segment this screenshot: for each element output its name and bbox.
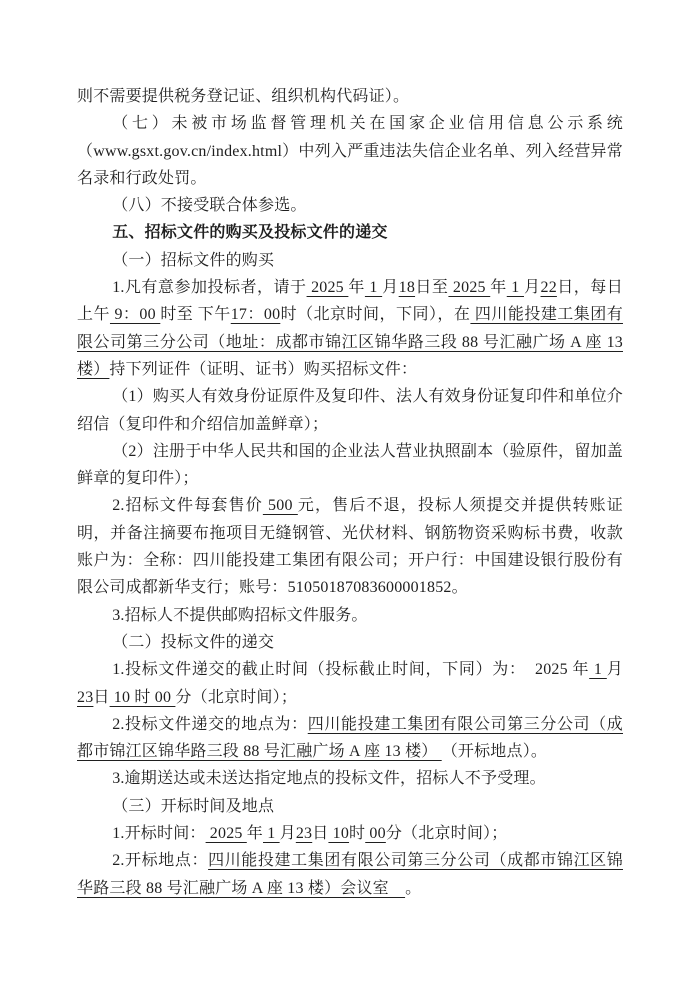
underlined-text: 2025 <box>307 279 349 296</box>
text-run: （www.gsxt.gov.cn/index.html） <box>77 143 298 160</box>
text-run: 2.投标文件递交的地点为： <box>112 716 308 733</box>
underlined-text: 10 时 00 <box>110 689 176 706</box>
text-run: 分（北京时间）； <box>386 825 508 842</box>
text-run: （1）购买人有效身份证原件及复印件、法人有效身份证复印件和单位介绍信（复印件和介… <box>77 388 623 432</box>
text-run: 3.招标人不提供邮购招标文件服务。 <box>112 607 367 624</box>
text-run: 1.凡有意参加投标者，请于 <box>112 279 306 296</box>
paragraph: （三）开标时间及地点 <box>77 793 623 820</box>
underlined-text: 1 <box>365 279 382 296</box>
paragraph: 3.逾期送达或未送达指定地点的投标文件，招标人不予受理。 <box>77 765 623 792</box>
underlined-text: 00 <box>365 825 386 842</box>
text-run: 月 <box>607 661 623 678</box>
paragraph: （2）注册于中华人民共和国的企业法人营业执照副本（验原件，留加盖鲜章的复印件）； <box>77 438 623 493</box>
text-run: 月 <box>280 825 296 842</box>
paragraph: （一）招标文件的购买 <box>77 247 623 274</box>
text-run: 年 <box>348 279 365 296</box>
paragraph: （二）投标文件的递交 <box>77 629 623 656</box>
paragraph: 2.招标文件每套售价 500 元，售后不退，投标人须提交并提供转账证明，并备注摘… <box>77 492 623 601</box>
text-run: 月 <box>382 279 399 296</box>
document-body: 则不需要提供税务登记证、组织机构代码证）。（七）未被市场监督管理机关在国家企业信… <box>77 83 623 902</box>
paragraph: 2.开标地点：四川能投建工集团有限公司第三分公司（成都市锦江区锦华路三段 88 … <box>77 847 623 902</box>
underlined-text: 2025 <box>206 825 247 842</box>
underlined-text: 17：00 <box>231 306 281 323</box>
text-run: 1.开标时间： <box>112 825 205 842</box>
text-run: （二）投标文件的递交 <box>112 634 274 651</box>
underlined-text: 1 <box>263 825 280 842</box>
text-run: 则不需要提供税务登记证、组织机构代码证）。 <box>77 88 409 105</box>
text-run: 2.开标地点： <box>112 852 208 869</box>
paragraph: 3.招标人不提供邮购招标文件服务。 <box>77 602 623 629</box>
paragraph: 2.投标文件递交的地点为：四川能投建工集团有限公司第三分公司（成都市锦江区锦华路… <box>77 711 623 766</box>
text-run: 五、招标文件的购买及投标文件的递交 <box>112 224 387 241</box>
text-run: （2）注册于中华人民共和国的企业法人营业执照副本（验原件，留加盖鲜章的复印件）； <box>77 443 623 487</box>
text-run: （开标地点）。 <box>442 743 547 760</box>
text-run: （三）开标时间及地点 <box>112 798 274 815</box>
text-run: 3.逾期送达或未送达指定地点的投标文件，招标人不予受理。 <box>112 770 546 787</box>
paragraph: （1）购买人有效身份证原件及复印件、法人有效身份证复印件和单位介绍信（复印件和介… <box>77 383 623 438</box>
underlined-text: 18 <box>399 279 415 296</box>
text-run: 持下列证件（证明、证书）购买招标文件： <box>109 361 417 378</box>
document-page: 则不需要提供税务登记证、组织机构代码证）。（七）未被市场监督管理机关在国家企业信… <box>0 0 700 989</box>
paragraph: （七）未被市场监督管理机关在国家企业信用信息公示系统（www.gsxt.gov.… <box>77 110 623 192</box>
paragraph: 1.凡有意参加投标者，请于 2025 年 1 月18日至 2025 年 1 月2… <box>77 274 623 383</box>
text-run: （一）招标文件的购买 <box>112 252 274 269</box>
text-run: 2.招标文件每套售价 <box>112 497 263 514</box>
text-run: 时 <box>349 825 365 842</box>
paragraph: 1.投标文件递交的截止时间（投标截止时间，下同）为： 2025 年 1 月23日… <box>77 656 623 711</box>
underlined-text: 2025 <box>448 279 490 296</box>
paragraph: 则不需要提供税务登记证、组织机构代码证）。 <box>77 83 623 110</box>
text-run: 日 <box>312 825 328 842</box>
underlined-text: 1 <box>507 279 524 296</box>
underlined-text: 1 <box>589 661 607 678</box>
text-run: 分（北京时间）； <box>175 689 297 706</box>
text-run: 年 <box>247 825 263 842</box>
underlined-text: 500 <box>263 497 298 514</box>
text-run: 月 <box>524 279 541 296</box>
section-heading: 五、招标文件的购买及投标文件的递交 <box>77 219 623 246</box>
text-run: 1.投标文件递交的截止时间（投标截止时间，下同）为： 2025 年 <box>112 661 589 678</box>
underlined-text: 10 <box>328 825 349 842</box>
text-run: （七）未被市场监督管理机关在国家企业信用信息公示系统 <box>112 115 623 132</box>
text-run: 时至 下午 <box>160 306 230 323</box>
underlined-text: 22 <box>541 279 557 296</box>
underlined-text: 23 <box>77 689 93 706</box>
text-run: （八）不接受联合体参选。 <box>112 197 306 214</box>
text-run: 。 <box>405 880 421 897</box>
text-run: 年 <box>490 279 507 296</box>
text-run: 日至 <box>415 279 448 296</box>
text-run: 日 <box>93 689 109 706</box>
paragraph: （八）不接受联合体参选。 <box>77 192 623 219</box>
paragraph: 1.开标时间： 2025 年 1 月23日 10时 00分（北京时间）； <box>77 820 623 847</box>
text-run: 时（北京时间，下同），在 <box>280 306 470 323</box>
underlined-text: 9：00 <box>110 306 160 323</box>
underlined-text: 23 <box>296 825 312 842</box>
